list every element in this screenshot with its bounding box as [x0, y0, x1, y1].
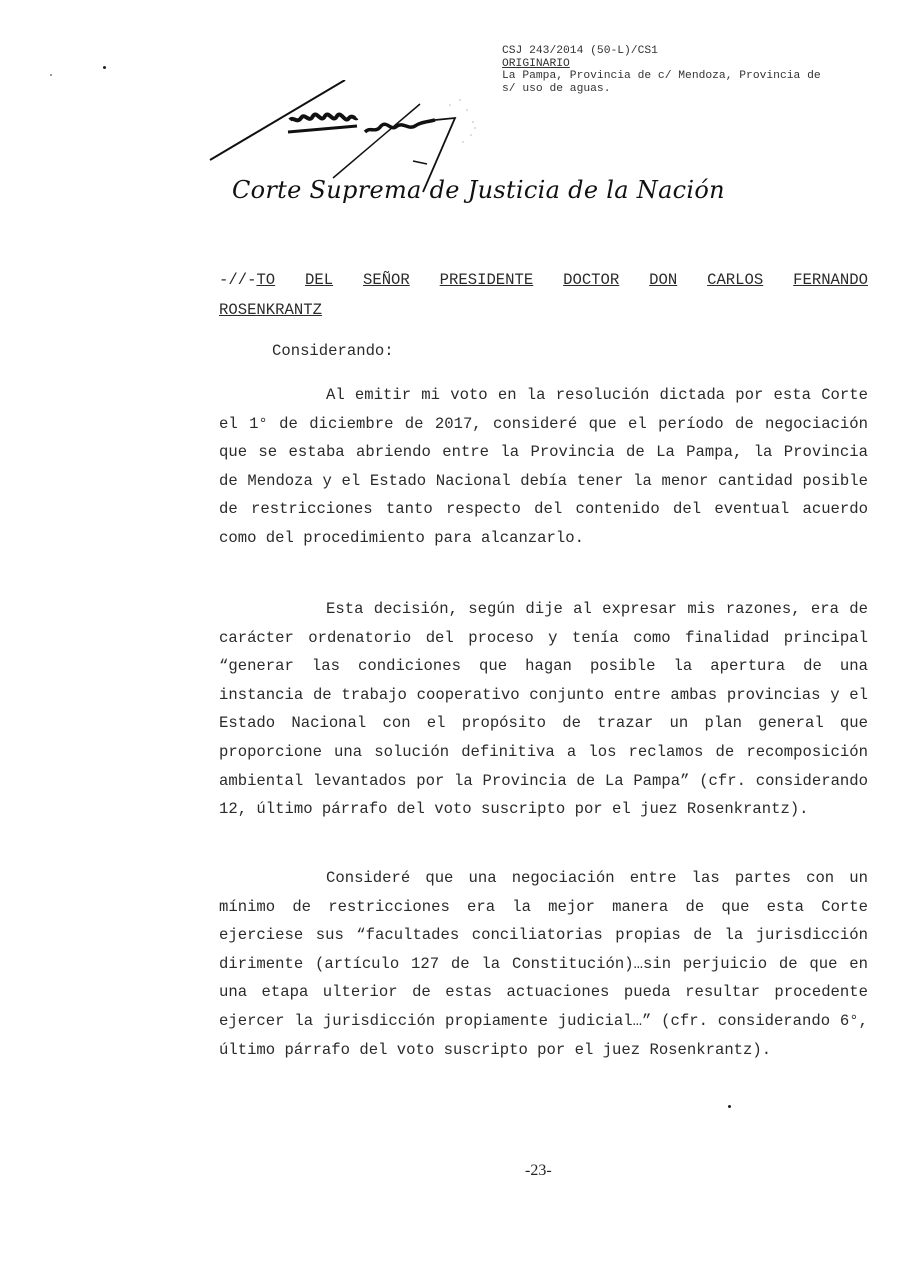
heading-word: DEL: [305, 271, 333, 289]
considerando-label: Considerando:: [272, 342, 394, 360]
scan-speck: [103, 66, 106, 69]
scan-speck: [50, 74, 52, 76]
heading-line2: ROSENKRANTZ: [219, 301, 322, 319]
heading-line: -//-TO DEL SEÑOR PRESIDENTE DOCTOR DON C…: [219, 266, 868, 295]
case-header: CSJ 243/2014 (50-L)/CS1ORIGINARIOLa Pamp…: [502, 45, 821, 95]
case-type: ORIGINARIO: [502, 58, 821, 71]
case-number: CSJ 243/2014 (50-L)/CS1: [502, 45, 821, 58]
page-number: -23-: [525, 1162, 552, 1180]
case-parties-line1: La Pampa, Provincia de c/ Mendoza, Provi…: [502, 70, 821, 83]
paragraph-3: Consideré que una negociación entre las …: [219, 864, 868, 1064]
document-page: CSJ 243/2014 (50-L)/CS1ORIGINARIOLa Pamp…: [0, 0, 904, 1281]
heading-word: CARLOS: [707, 271, 763, 289]
case-parties-line2: s/ uso de aguas.: [502, 83, 821, 96]
court-name: Corte Suprema de Justicia de la Nación: [232, 176, 725, 204]
heading-word: TO: [256, 271, 275, 289]
heading-word: PRESIDENTE: [440, 271, 534, 289]
paragraph-2: Esta decisión, según dije al expresar mi…: [219, 595, 868, 824]
heading-word: SEÑOR: [363, 271, 410, 289]
heading-word: FERNANDO: [793, 271, 868, 289]
heading-word: DOCTOR: [563, 271, 619, 289]
paragraph-1: Al emitir mi voto en la resolución dicta…: [219, 381, 868, 553]
heading-prefix: -//-: [219, 271, 256, 289]
scan-speck: [728, 1105, 731, 1108]
heading-word: DON: [649, 271, 677, 289]
